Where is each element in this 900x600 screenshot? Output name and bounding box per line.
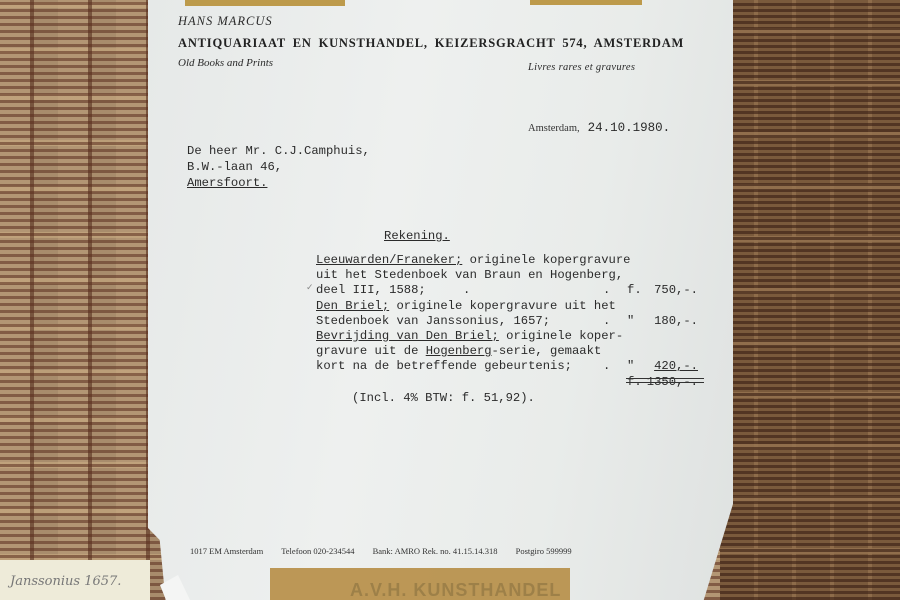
letterhead-name: HANS MARCUS xyxy=(178,14,273,29)
letterhead-footer: 1017 EM Amsterdam Telefoon 020-234544 Ba… xyxy=(190,546,588,556)
tape-strip-bottom: A.V.H. KUNSTHANDEL xyxy=(270,568,570,600)
item-2-currency: " xyxy=(627,314,634,329)
tape-label: A.V.H. KUNSTHANDEL xyxy=(350,580,561,600)
recipient-city: Amersfoort. xyxy=(187,175,370,191)
item-1-line-3: deel III, 1588;..f.750,-. xyxy=(316,283,706,298)
letterhead-tagline-left: Old Books and Prints xyxy=(178,57,273,69)
item-2-line-1: Den Briel; originele kopergravure uit he… xyxy=(316,299,706,314)
tape-strip-top-left xyxy=(185,0,345,6)
date-line: Amsterdam, 24.10.1980. xyxy=(528,118,670,136)
recipient-name: De heer Mr. C.J.Camphuis, xyxy=(187,143,370,159)
item-1-currency: f. xyxy=(627,283,642,298)
item-1-amount: 750,-. xyxy=(654,283,698,298)
invoice-items: Leeuwarden/Franeker; originele kopergrav… xyxy=(316,253,706,390)
letterhead-tagline-right: Livres rares et gravures xyxy=(528,62,635,73)
leather-background-right xyxy=(720,0,900,600)
item-1-title: Leeuwarden/Franeker; xyxy=(316,253,462,267)
item-3-line-3: kort na de betreffende gebeurtenis;."420… xyxy=(316,359,706,374)
item-1-line-2: uit het Stedenboek van Braun en Hogenber… xyxy=(316,268,706,283)
item-2-title: Den Briel; xyxy=(316,299,389,313)
footer-bank: Bank: AMRO Rek. no. 41.15.14.318 xyxy=(373,546,498,556)
footer-giro: Postgiro 599999 xyxy=(516,546,572,556)
item-3-line-2: gravure uit de Hogenberg-serie, gemaakt xyxy=(316,344,706,359)
item-1-line-1: Leeuwarden/Franeker; originele kopergrav… xyxy=(316,253,706,268)
date-place: Amsterdam, xyxy=(528,123,580,134)
recipient-street: B.W.-laan 46, xyxy=(187,159,370,175)
item-2-amount: 180,-. xyxy=(654,314,698,329)
item-3-line-1: Bevrijding van Den Briel; originele kope… xyxy=(316,329,706,344)
vat-note: (Incl. 4% BTW: f. 51,92). xyxy=(352,391,535,405)
handwritten-label-card: Janssonius 1657. xyxy=(0,560,150,600)
check-mark: ✓ xyxy=(306,283,314,293)
footer-phone: Telefoon 020-234544 xyxy=(281,546,354,556)
footer-postal: 1017 EM Amsterdam xyxy=(190,546,263,556)
item-3-currency: " xyxy=(627,359,634,374)
total-double-underline xyxy=(626,378,704,383)
item-2-line-2: Stedenboek van Janssonius, 1657;."180,-. xyxy=(316,314,706,329)
tape-strip-top-right xyxy=(530,0,642,5)
letterhead-business-line: ANTIQUARIAAT EN KUNSTHANDEL, KEIZERSGRAC… xyxy=(178,36,684,51)
recipient-address: De heer Mr. C.J.Camphuis, B.W.-laan 46, … xyxy=(187,143,370,191)
invoice-title: Rekening. xyxy=(384,229,450,243)
item-3-title: Bevrijding van Den Briel; xyxy=(316,329,499,343)
handwritten-label: Janssonius 1657. xyxy=(10,574,121,589)
item-3-amount: 420,-. xyxy=(654,359,698,374)
date-value: 24.10.1980. xyxy=(588,121,671,135)
